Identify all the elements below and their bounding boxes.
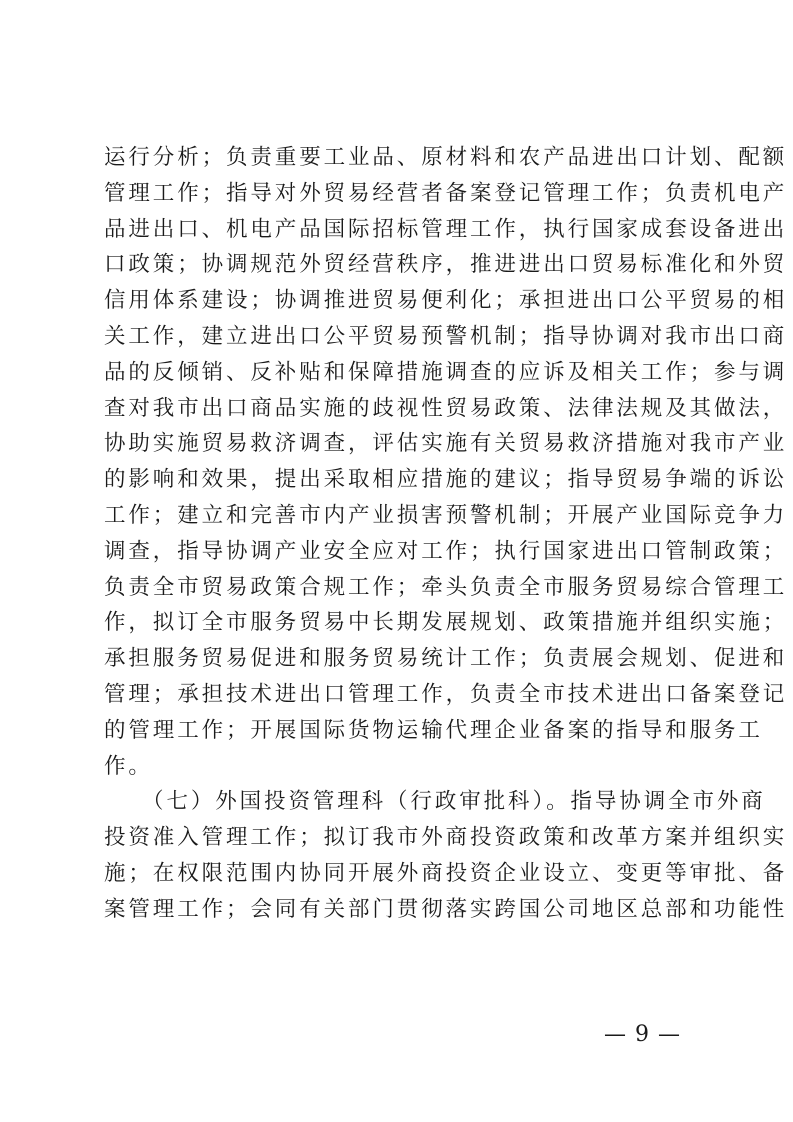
page-number: — 9 — [604, 1022, 681, 1047]
text-line: 投资准入管理工作；拟订我市外商投资政策和改革方案并组织实 [104, 820, 704, 856]
text-line: 的影响和效果，提出采取相应措施的建议；指导贸易争端的诉讼 [104, 462, 704, 498]
text-line: 口政策；协调规范外贸经营秩序，推进进出口贸易标准化和外贸 [104, 247, 704, 283]
text-line: 品进出口、机电产品国际招标管理工作，执行国家成套设备进出 [104, 212, 704, 248]
text-line: 品的反倾销、反补贴和保障措施调查的应诉及相关工作；参与调 [104, 355, 704, 391]
text-line: 运行分析；负责重要工业品、原材料和农产品进出口计划、配额 [104, 140, 704, 176]
document-page: 运行分析；负责重要工业品、原材料和农产品进出口计划、配额 管理工作；指导对外贸易… [0, 0, 793, 1122]
text-line: 案管理工作；会同有关部门贯彻落实跨国公司地区总部和功能性 [104, 892, 704, 928]
text-line: 信用体系建设；协调推进贸易便利化；承担进出口公平贸易的相 [104, 283, 704, 319]
text-line: 查对我市出口商品实施的歧视性贸易政策、法律法规及其做法， [104, 391, 704, 427]
text-line: 的管理工作；开展国际货物运输代理企业备案的指导和服务工 [104, 713, 704, 749]
text-line: 管理；承担技术进出口管理工作，负责全市技术进出口备案登记 [104, 677, 704, 713]
text-line: 工作；建立和完善市内产业损害预警机制；开展产业国际竞争力 [104, 498, 704, 534]
text-line: 负责全市贸易政策合规工作；牵头负责全市服务贸易综合管理工 [104, 570, 704, 606]
text-line: 施；在权限范围内协同开展外商投资企业设立、变更等审批、备 [104, 856, 704, 892]
text-line: 作。 [104, 749, 704, 785]
text-line: 调查，指导协调产业安全应对工作；执行国家进出口管制政策； [104, 534, 704, 570]
text-line: 协助实施贸易救济调查，评估实施有关贸易救济措施对我市产业 [104, 426, 704, 462]
body-text: 运行分析；负责重要工业品、原材料和农产品进出口计划、配额 管理工作；指导对外贸易… [104, 140, 704, 928]
section-heading-line: （七）外国投资管理科（行政审批科）。指导协调全市外商 [104, 784, 704, 820]
text-line: 承担服务贸易促进和服务贸易统计工作；负责展会规划、促进和 [104, 641, 704, 677]
text-line: 管理工作；指导对外贸易经营者备案登记管理工作；负责机电产 [104, 176, 704, 212]
text-line: 关工作，建立进出口公平贸易预警机制；指导协调对我市出口商 [104, 319, 704, 355]
text-line: 作，拟订全市服务贸易中长期发展规划、政策措施并组织实施； [104, 605, 704, 641]
